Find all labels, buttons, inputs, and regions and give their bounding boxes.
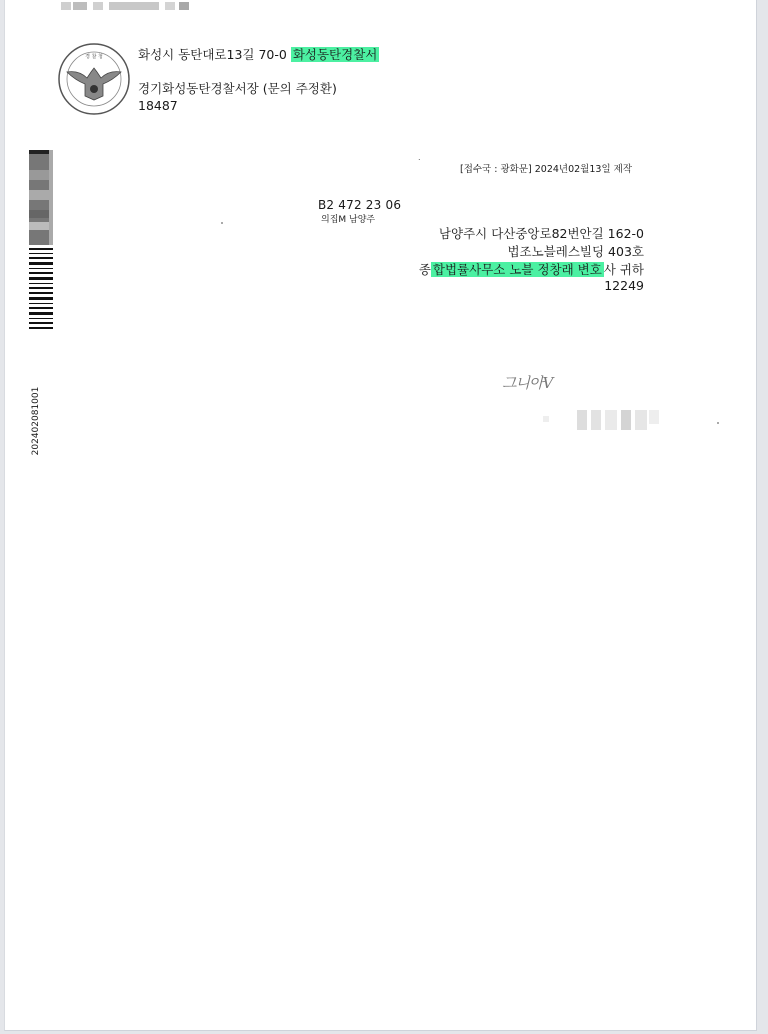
barcode: 202402081001 xyxy=(27,150,55,330)
handwritten-note: 그니아V xyxy=(502,372,552,393)
sender-address: 화성시 동탄대로13길 70-0 화성동탄경찰서 xyxy=(138,45,379,63)
svg-text:경 찰 청: 경 찰 청 xyxy=(85,53,103,60)
barcode-icon xyxy=(27,150,55,330)
routing-code: B2 472 23 06 xyxy=(318,198,401,212)
police-seal-icon: 경 찰 청 xyxy=(57,42,131,116)
scan-speck xyxy=(717,422,719,424)
scan-speck xyxy=(221,222,223,224)
document-page: 경 찰 청 화성시 동탄대로13길 70-0 화성동탄경찰서 경기화성동탄경찰서… xyxy=(4,0,757,1031)
recipient-postal-code: 12249 xyxy=(604,278,644,293)
recipient-name-highlight: 합법률사무소 노블 정창래 변호 xyxy=(431,262,604,277)
redacted-stamp xyxy=(543,406,663,432)
routing-sub: 의집M 남양주 xyxy=(321,212,375,225)
receipt-info: [접수국 : 광화문] 2024년02월13일 제작 xyxy=(460,161,632,175)
barcode-number: 202402081001 xyxy=(31,386,41,456)
recipient-address-line1: 남양주시 다산중앙로82번안길 162-0 xyxy=(439,224,644,242)
recipient-address-line2: 법조노블레스빌딩 403호 xyxy=(507,242,644,260)
redacted-header xyxy=(61,2,191,10)
sender-organization: 화성동탄경찰서 xyxy=(291,47,380,62)
sender-name: 경기화성동탄경찰서장 (문의 주정환) xyxy=(138,79,337,97)
sender-postal-code: 18487 xyxy=(138,98,178,113)
scan-speck: . xyxy=(418,153,421,162)
recipient-name-line: 종합법률사무소 노블 정창래 변호사 귀하 xyxy=(419,260,644,278)
